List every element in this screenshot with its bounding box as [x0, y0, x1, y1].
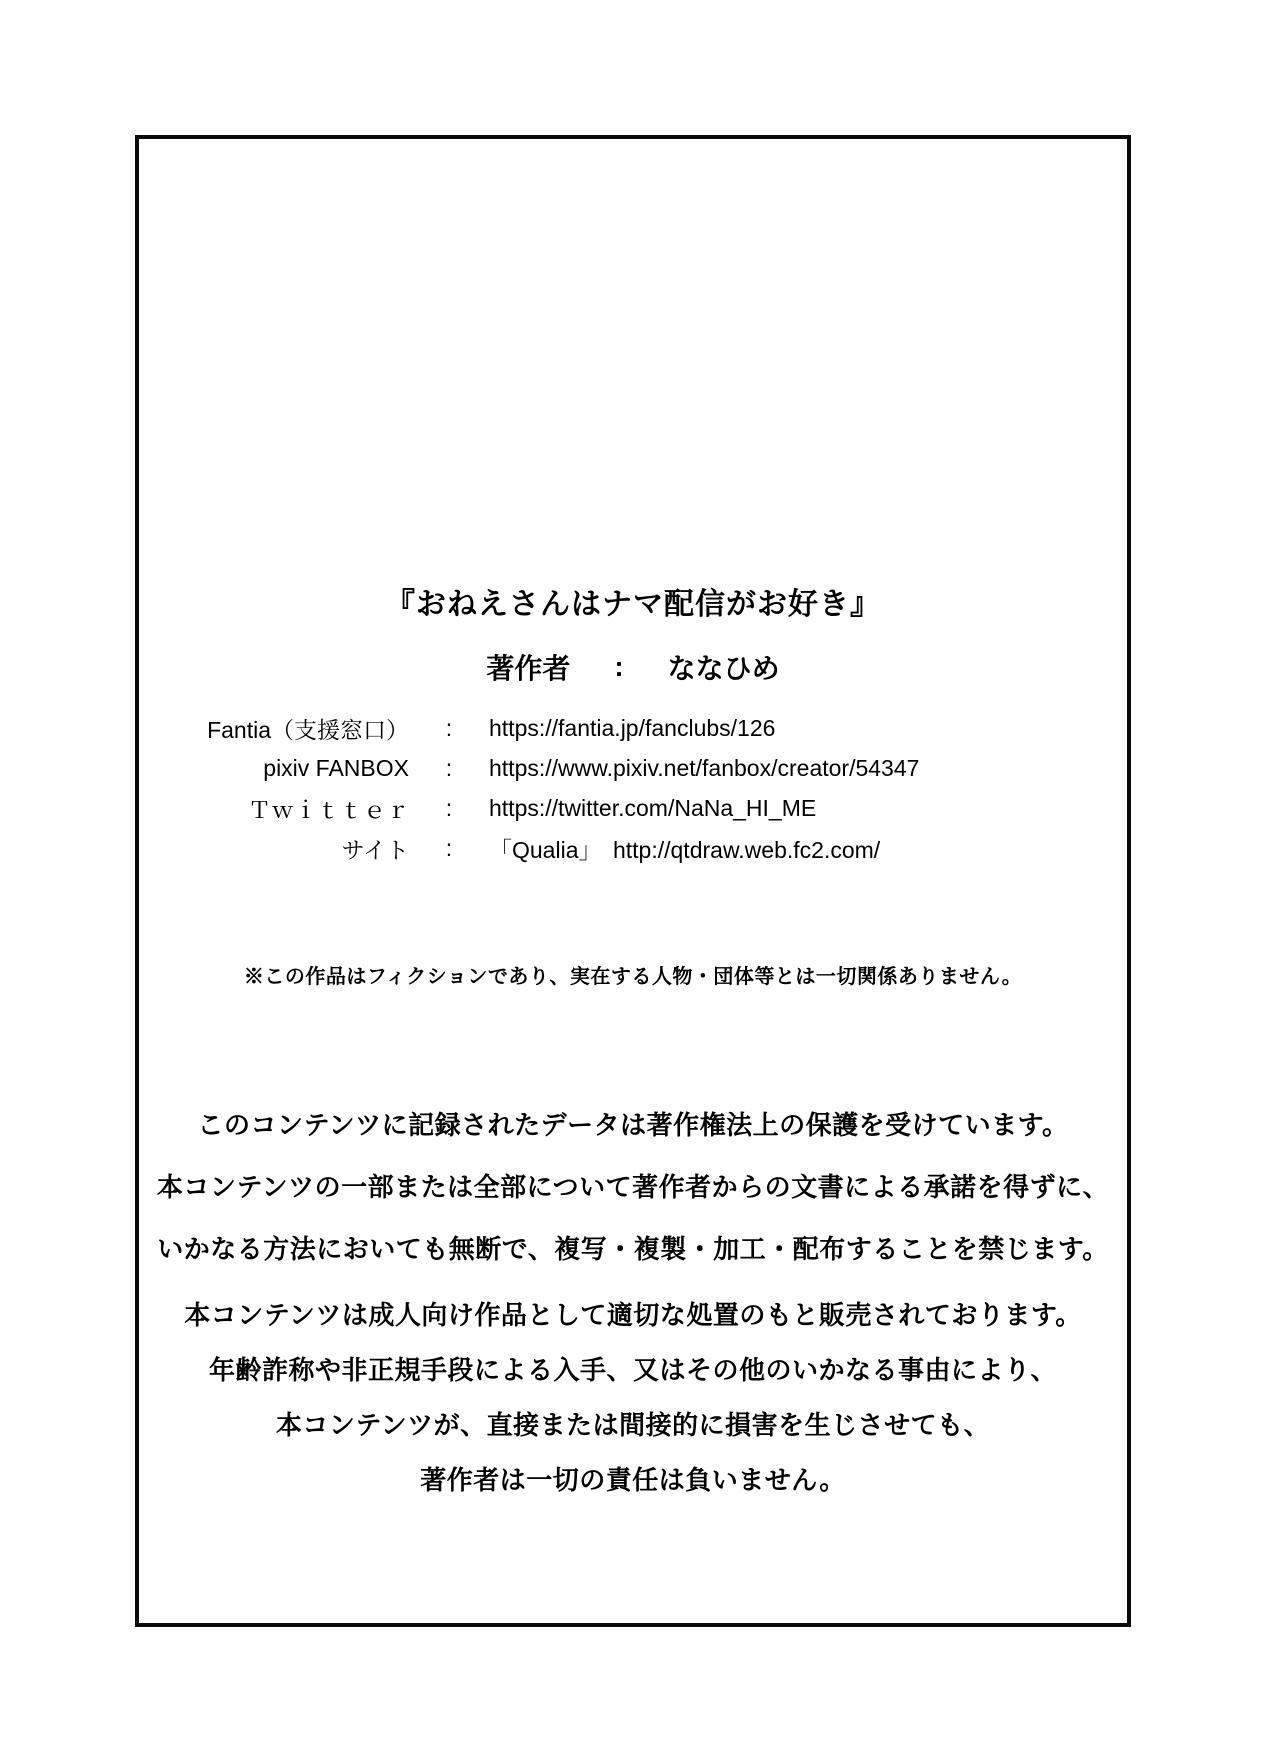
- contact-url: 「Qualia」 http://qtdraw.web.fc2.com/: [489, 832, 1127, 865]
- liability-notice-line: 本コンテンツが、直接または間接的に損害を生じさせても、: [139, 1398, 1127, 1453]
- liability-notice-line: 著作者は一切の責任は負いません。: [139, 1453, 1127, 1508]
- contact-url: https://fantia.jp/fanclubs/126: [489, 715, 1127, 742]
- colophon-page: 『おねえさんはナマ配信がお好き』 著作者 : ななひめ Fantia（支援窓口）…: [0, 0, 1268, 1764]
- work-title: 『おねえさんはナマ配信がお好き』: [139, 585, 1127, 625]
- contact-row-fantia: Fantia（支援窓口） : https://fantia.jp/fanclub…: [139, 708, 1127, 748]
- liability-notice-line: 年齢詐称や非正規手段による入手、又はその他のいかなる事由により、: [139, 1343, 1127, 1398]
- contact-list: Fantia（支援窓口） : https://fantia.jp/fanclub…: [139, 708, 1127, 868]
- author-name: ななひめ: [668, 647, 780, 687]
- author-separator: :: [614, 651, 623, 683]
- liability-notice: 本コンテンツは成人向け作品として適切な処置のもと販売されております。 年齢詐称や…: [139, 1288, 1127, 1508]
- contact-separator: :: [409, 755, 489, 782]
- contact-row-site: サイト : 「Qualia」 http://qtdraw.web.fc2.com…: [139, 828, 1127, 868]
- copyright-notice: このコンテンツに記録されたデータは著作権法上の保護を受けています。 本コンテンツ…: [139, 1094, 1127, 1280]
- copyright-notice-line: このコンテンツに記録されたデータは著作権法上の保護を受けています。: [139, 1094, 1127, 1156]
- contact-row-twitter: Ｔｗｉｔｔｅｒ : https://twitter.com/NaNa_HI_ME: [139, 788, 1127, 828]
- liability-notice-line: 本コンテンツは成人向け作品として適切な処置のもと販売されております。: [139, 1288, 1127, 1343]
- contact-separator: :: [409, 715, 489, 742]
- copyright-notice-line: 本コンテンツの一部または全部について著作者からの文書による承諾を得ずに、: [139, 1156, 1127, 1218]
- contact-label: サイト: [139, 832, 409, 865]
- contact-label: pixiv FANBOX: [139, 755, 409, 782]
- contact-label: Ｔｗｉｔｔｅｒ: [139, 792, 409, 825]
- author-label: 著作者: [486, 647, 570, 687]
- contact-separator: :: [409, 835, 489, 862]
- copyright-notice-line: いかなる方法においても無断で、複写・複製・加工・配布することを禁じます。: [139, 1218, 1127, 1280]
- contact-url: https://twitter.com/NaNa_HI_ME: [489, 795, 1127, 822]
- contact-url: https://www.pixiv.net/fanbox/creator/543…: [489, 755, 1127, 782]
- author-row: 著作者 : ななひめ: [139, 647, 1127, 687]
- contact-separator: :: [409, 795, 489, 822]
- contact-label: Fantia（支援窓口）: [139, 712, 409, 745]
- page-border-frame: 『おねえさんはナマ配信がお好き』 著作者 : ななひめ Fantia（支援窓口）…: [135, 135, 1131, 1627]
- fiction-disclaimer: ※この作品はフィクションであり、実在する人物・団体等とは一切関係ありません。: [139, 963, 1127, 991]
- contact-row-pixiv-fanbox: pixiv FANBOX : https://www.pixiv.net/fan…: [139, 748, 1127, 788]
